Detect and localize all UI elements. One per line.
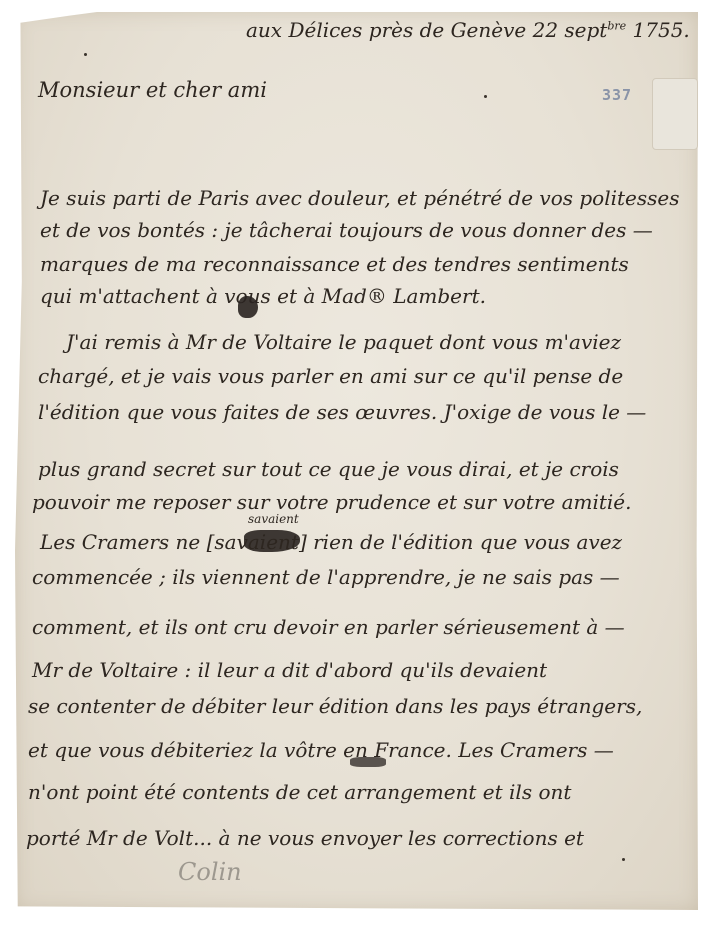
ink-blot [238,296,258,318]
archival-tab [652,78,698,150]
dateline-year: 1755. [633,18,690,42]
pencil-annotation: Colin [178,858,242,886]
letter-line: J'ai remis à Mr de Voltaire le paquet do… [66,330,621,354]
ink-speck [84,53,87,56]
dateline-superscript: bre [607,19,626,32]
salutation: Monsieur et cher ami [38,78,267,102]
letter-line: l'édition que vous faites de ses œuvres.… [38,400,646,424]
letter-line: Les Cramers ne [savaient] rien de l'édit… [40,530,622,554]
ink-speck [484,95,487,98]
letter-line: Mr de Voltaire : il leur a dit d'abord q… [32,658,547,682]
letter-line: qui m'attachent à vous et à Mad® Lambert… [40,284,486,308]
letter-line: et que vous débiteriez la vôtre en Franc… [28,738,614,762]
ink-speck [622,858,625,861]
dateline: aux Délices près de Genève 22 septbre 17… [246,18,690,42]
letter-line: chargé, et je vais vous parler en ami su… [38,364,623,388]
folio-number-stamp: 337 [602,86,632,104]
letter-line: commencée ; ils viennent de l'apprendre,… [32,565,620,589]
letter-line: Je suis parti de Paris avec douleur, et … [40,186,680,210]
letter-line: se contenter de débiter leur édition dan… [28,694,642,718]
letter-line: et de vos bontés : je tâcherai toujours … [40,218,653,242]
letter-line: porté Mr de Volt... à ne vous envoyer le… [26,826,584,850]
ink-smudge [350,757,386,767]
letter-line: marques de ma reconnaissance et des tend… [40,252,629,276]
letter-line: pouvoir me reposer sur votre prudence et… [32,490,631,514]
interlinear-insertion: savaient [248,512,299,526]
letter-line: comment, et ils ont cru devoir en parler… [32,615,625,639]
dateline-text: aux Délices près de Genève 22 sept [246,18,607,42]
letter-line: n'ont point été contents de cet arrangem… [28,780,571,804]
letter-line: plus grand secret sur tout ce que je vou… [38,457,619,481]
